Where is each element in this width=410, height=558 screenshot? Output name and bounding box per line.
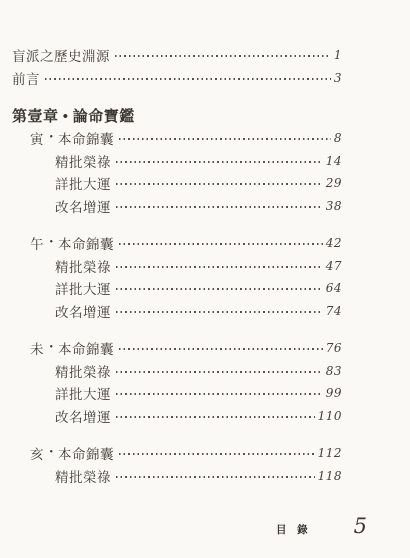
toc-entry-page: 42 <box>326 236 342 250</box>
toc-page: 盲派之歷史淵源 1 前言 3 第壹章 • 論命寶鑑 寅 • 本命錦囊 8 精批榮… <box>0 0 410 558</box>
toc-entry-page: 1 <box>334 48 342 62</box>
toc-entry: 午 • 本命錦囊 42 <box>12 232 342 255</box>
section-list: 寅 • 本命錦囊 8 精批榮祿 14 詳批大運 29 改名增運 38 午 • 本… <box>12 127 342 487</box>
chapter-title: 第壹章 • 論命寶鑑 <box>12 105 135 126</box>
toc-entry: 精批榮祿 47 <box>12 255 342 278</box>
chapter-heading: 第壹章 • 論命寶鑑 <box>12 103 342 127</box>
toc-entry-page: 76 <box>326 341 342 355</box>
toc-entry: 詳批大運 99 <box>12 382 342 405</box>
dot-leader <box>119 243 323 245</box>
page-footer: 目 錄 5 <box>0 514 367 538</box>
dot-leader <box>116 416 315 418</box>
toc-entry: 亥 • 本命錦囊 112 <box>12 442 342 465</box>
toc-entry: 詳批大運 64 <box>12 277 342 300</box>
toc-entry-page: 3 <box>334 71 342 85</box>
toc-entry-title: 精批榮祿 <box>55 466 111 486</box>
toc-entry-page: 38 <box>326 199 342 213</box>
dot-leader <box>116 393 323 395</box>
toc-entry: 前言 3 <box>12 67 342 90</box>
toc-entry-page: 83 <box>326 364 342 378</box>
branch-label: 亥 <box>30 443 45 463</box>
dot-leader <box>119 348 323 350</box>
dot-leader <box>116 288 323 290</box>
dot-leader <box>45 78 331 80</box>
dot-leader <box>115 55 331 57</box>
dot-leader <box>116 206 323 208</box>
toc-entry: 未 • 本命錦囊 76 <box>12 337 342 360</box>
toc-entry-title: 精批榮祿 <box>55 256 111 276</box>
toc-entry-page: 8 <box>334 131 342 145</box>
toc-section: 未 • 本命錦囊 76 精批榮祿 83 詳批大運 99 改名增運 110 <box>12 337 342 427</box>
bullet-icon: • <box>45 238 58 248</box>
toc-entry: 寅 • 本命錦囊 8 <box>12 127 342 150</box>
toc-section: 午 • 本命錦囊 42 精批榮祿 47 詳批大運 64 改名增運 74 <box>12 232 342 322</box>
toc-entry-title: 精批榮祿 <box>55 361 111 381</box>
toc-section: 寅 • 本命錦囊 8 精批榮祿 14 詳批大運 29 改名增運 38 <box>12 127 342 217</box>
front-matter-list: 盲派之歷史淵源 1 前言 3 <box>12 44 342 89</box>
toc-entry-title: 本命錦囊 <box>58 128 114 148</box>
dot-leader <box>116 371 323 373</box>
toc-entry-page: 99 <box>326 386 342 400</box>
bullet-icon: • <box>45 343 58 353</box>
bullet-icon: • <box>45 448 58 458</box>
dot-leader <box>116 476 315 478</box>
toc-entry-page: 14 <box>326 154 342 168</box>
dot-leader <box>116 183 323 185</box>
toc-entry-title: 盲派之歷史淵源 <box>12 45 110 65</box>
dot-leader <box>116 266 323 268</box>
dot-leader <box>116 311 323 313</box>
toc-entry: 改名增運 38 <box>12 195 342 218</box>
toc-entry-title: 詳批大運 <box>55 173 111 193</box>
toc-entry: 詳批大運 29 <box>12 172 342 195</box>
toc-entry-title: 精批榮祿 <box>55 151 111 171</box>
toc-body: 盲派之歷史淵源 1 前言 3 第壹章 • 論命寶鑑 寅 • 本命錦囊 8 精批榮… <box>12 44 342 487</box>
footer-label: 目 錄 <box>276 522 312 537</box>
branch-label: 寅 <box>30 128 45 148</box>
toc-entry-page: 64 <box>326 281 342 295</box>
branch-label: 未 <box>30 338 45 358</box>
toc-entry-title: 本命錦囊 <box>58 338 114 358</box>
toc-entry-title: 本命錦囊 <box>58 233 114 253</box>
toc-entry-title: 前言 <box>12 68 40 88</box>
toc-entry-title: 本命錦囊 <box>58 443 114 463</box>
branch-label: 午 <box>30 233 45 253</box>
toc-entry: 精批榮祿 118 <box>12 465 342 488</box>
toc-section: 亥 • 本命錦囊 112 精批榮祿 118 <box>12 442 342 487</box>
footer-page-number: 5 <box>354 514 367 538</box>
toc-entry-title: 改名增運 <box>55 196 111 216</box>
toc-entry-title: 詳批大運 <box>55 278 111 298</box>
toc-entry: 精批榮祿 14 <box>12 150 342 173</box>
toc-entry-title: 詳批大運 <box>55 383 111 403</box>
toc-entry-page: 118 <box>318 469 342 483</box>
toc-entry-page: 47 <box>326 259 342 273</box>
dot-leader <box>119 453 315 455</box>
bullet-icon: • <box>45 133 58 143</box>
dot-leader <box>116 161 323 163</box>
toc-entry: 改名增運 74 <box>12 300 342 323</box>
toc-entry-title: 改名增運 <box>55 406 111 426</box>
dot-leader <box>119 138 331 140</box>
toc-entry-page: 110 <box>318 409 342 423</box>
toc-entry-title: 改名增運 <box>55 301 111 321</box>
toc-entry: 盲派之歷史淵源 1 <box>12 44 342 67</box>
toc-entry: 精批榮祿 83 <box>12 360 342 383</box>
toc-entry-page: 112 <box>318 446 342 460</box>
toc-entry-page: 29 <box>326 176 342 190</box>
toc-entry: 改名增運 110 <box>12 405 342 428</box>
toc-entry-page: 74 <box>326 304 342 318</box>
